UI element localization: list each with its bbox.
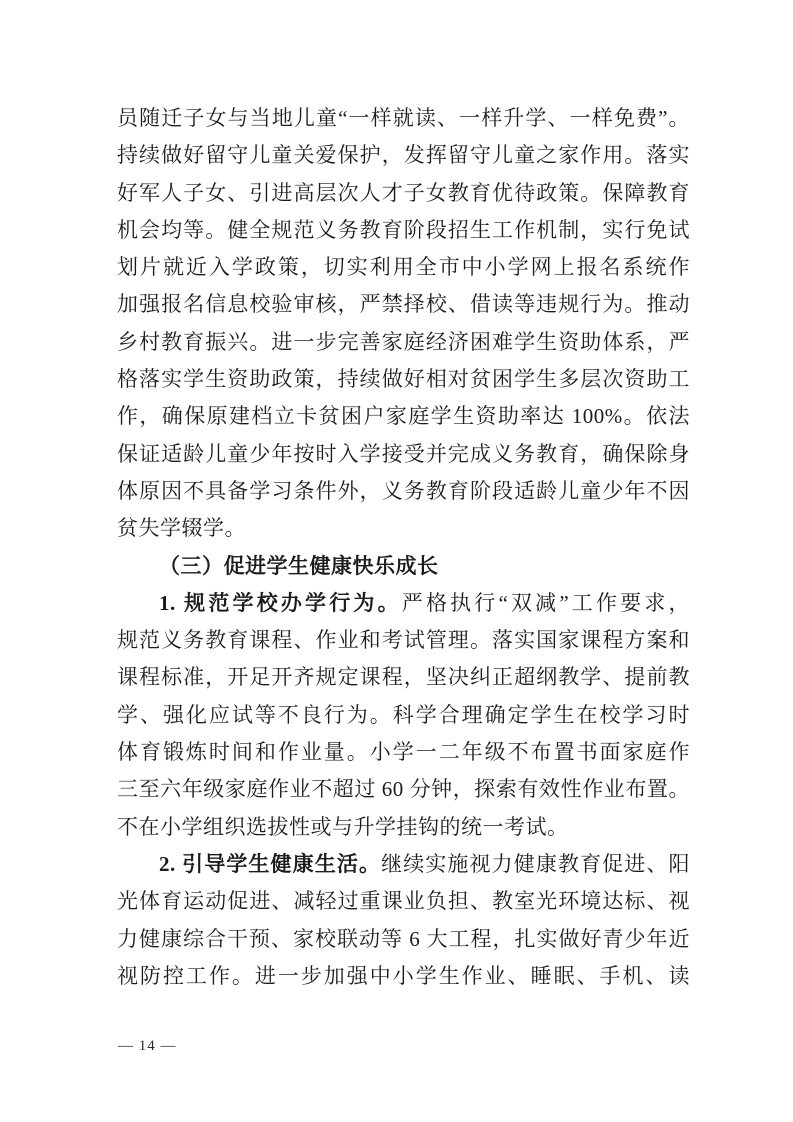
body-line: 体原因不具备学习条件外，义务教育阶段适龄儿童少年不因	[117, 473, 690, 510]
section-heading: （三）促进学生健康快乐成长	[117, 548, 690, 585]
body-line: 乡村教育振兴。进一步完善家庭经济困难学生资助体系，严	[117, 324, 690, 361]
body-line: 课程标准，开足开齐规定课程，坚决纠正超纲教学、提前教	[117, 659, 690, 696]
body-line: 规范义务教育课程、作业和考试管理。落实国家课程方案和	[117, 622, 690, 659]
item-1-first-line-rest: 严格执行“双减”工作要求，	[402, 591, 690, 615]
document-page: 员随迁子女与当地儿童“一样就读、一样升学、一样免费”。 持续做好留守儿童关爱保护…	[0, 0, 793, 1122]
body-line: 不在小学组织选拔性或与升学挂钩的统一考试。	[117, 809, 690, 846]
body-line: 力健康综合干预、家校联动等 6 大工程，扎实做好青少年近	[117, 921, 690, 958]
item-2-lead: 2. 引导学生健康生活。	[159, 852, 381, 876]
body-line: 贫失学辍学。	[117, 510, 690, 547]
body-line: 格落实学生资助政策，持续做好相对贫困学生多层次资助工	[117, 361, 690, 398]
body-line: 三至六年级家庭作业不超过 60 分钟，探索有效性作业布置。	[117, 771, 690, 808]
item-1-first-line: 1. 规范学校办学行为。严格执行“双减”工作要求，	[117, 585, 690, 622]
item-2-first-line-rest: 继续实施视力健康教育促进、阳	[381, 852, 690, 876]
item-1-lead: 1. 规范学校办学行为。	[159, 591, 402, 615]
page-number: — 14 —	[118, 1038, 177, 1055]
item-2-first-line: 2. 引导学生健康生活。继续实施视力健康教育促进、阳	[117, 846, 690, 883]
body-line: 划片就近入学政策，切实利用全市中小学网上报名系统作用，	[117, 249, 690, 286]
body-line: 作，确保原建档立卡贫困户家庭学生资助率达 100%。依法	[117, 398, 690, 435]
body-line: 保证适龄儿童少年按时入学接受并完成义务教育，确保除身	[117, 436, 690, 473]
body-line: 学、强化应试等不良行为。科学合理确定学生在校学习时间、	[117, 697, 690, 734]
body-line: 光体育运动促进、减轻过重课业负担、教室光环境达标、视	[117, 883, 690, 920]
document-body: 员随迁子女与当地儿童“一样就读、一样升学、一样免费”。 持续做好留守儿童关爱保护…	[117, 100, 690, 995]
body-line: 体育锻炼时间和作业量。小学一二年级不布置书面家庭作业，	[117, 734, 690, 771]
body-line: 机会均等。健全规范义务教育阶段招生工作机制，实行免试	[117, 212, 690, 249]
body-line: 视防控工作。进一步加强中小学生作业、睡眠、手机、读物、	[117, 958, 690, 995]
body-line: 加强报名信息校验审核，严禁择校、借读等违规行为。推动	[117, 286, 690, 323]
body-line: 持续做好留守儿童关爱保护，发挥留守儿童之家作用。落实	[117, 137, 690, 174]
body-line: 好军人子女、引进高层次人才子女教育优待政策。保障教育	[117, 175, 690, 212]
body-line: 员随迁子女与当地儿童“一样就读、一样升学、一样免费”。	[117, 100, 690, 137]
